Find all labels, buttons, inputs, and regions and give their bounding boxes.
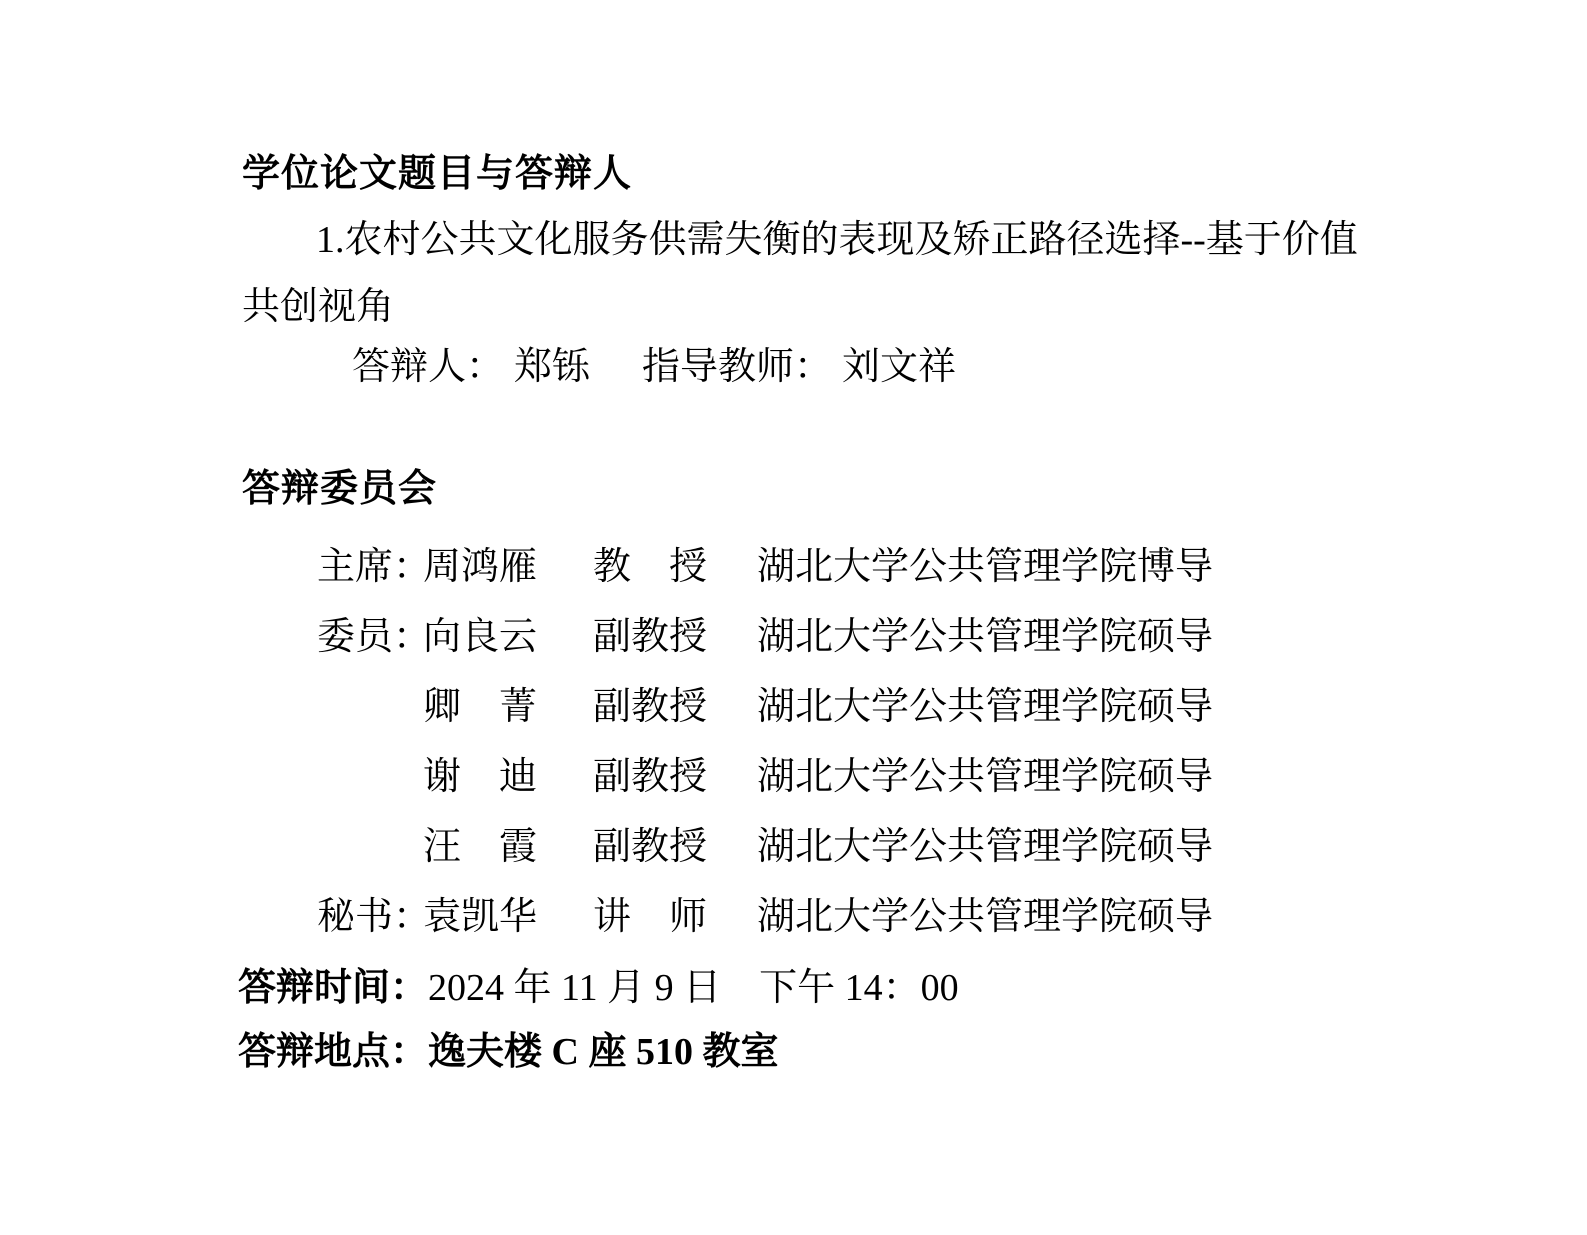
committee-name: 周鸿雁: [423, 543, 593, 591]
committee-row: 委员： 向良云 副教授 湖北大学公共管理学院硕导: [317, 613, 1213, 661]
committee-affiliation: 湖北大学公共管理学院硕导: [757, 753, 1213, 801]
defender-line: 答辩人：郑铄指导教师：刘文祥: [352, 343, 956, 391]
defense-time-line: 答辩时间：2024 年 11 月 9 日 下午 14：00: [238, 964, 959, 1012]
committee-role: 秘书：: [317, 893, 423, 941]
committee-name: 汪 霞: [423, 823, 593, 871]
thesis-title-line-2: 共创视角: [242, 283, 394, 331]
committee-title: 讲 师: [593, 893, 757, 941]
advisor-label: 指导教师：: [642, 346, 832, 388]
committee-affiliation: 湖北大学公共管理学院硕导: [757, 613, 1213, 661]
committee-row: 汪 霞 副教授 湖北大学公共管理学院硕导: [317, 823, 1213, 871]
committee-name: 向良云: [423, 613, 593, 661]
committee-row: 卿 菁 副教授 湖北大学公共管理学院硕导: [317, 683, 1213, 731]
thesis-title-line-1: 1.农村公共文化服务供需失衡的表现及矫正路径选择--基于价值: [316, 216, 1358, 264]
committee-affiliation: 湖北大学公共管理学院硕导: [757, 893, 1213, 941]
committee-title: 副教授: [593, 683, 757, 731]
defender-label: 答辩人：: [352, 346, 504, 388]
defender-name: 郑铄: [514, 346, 590, 388]
advisor-name: 刘文祥: [842, 346, 956, 388]
defense-location-label: 答辩地点：: [238, 1031, 428, 1073]
committee-name: 谢 迪: [423, 753, 593, 801]
committee-affiliation: 湖北大学公共管理学院硕导: [757, 683, 1213, 731]
committee-affiliation: 湖北大学公共管理学院博导: [757, 543, 1213, 591]
defense-location-line: 答辩地点：逸夫楼 C 座 510 教室: [238, 1028, 778, 1076]
committee-title: 教 授: [593, 543, 757, 591]
defense-location-value: 逸夫楼 C 座 510 教室: [428, 1031, 778, 1073]
committee-name: 卿 菁: [423, 683, 593, 731]
committee-affiliation: 湖北大学公共管理学院硕导: [757, 823, 1213, 871]
committee-title: 副教授: [593, 753, 757, 801]
committee-row: 主席： 周鸿雁 教 授 湖北大学公共管理学院博导: [317, 543, 1213, 591]
defense-time-label: 答辩时间：: [238, 967, 428, 1009]
committee-section-heading: 答辩委员会: [242, 465, 437, 513]
document-page: 学位论文题目与答辩人 1.农村公共文化服务供需失衡的表现及矫正路径选择--基于价…: [0, 0, 1587, 1235]
committee-row: 秘书： 袁凯华 讲 师 湖北大学公共管理学院硕导: [317, 893, 1213, 941]
committee-row: 谢 迪 副教授 湖北大学公共管理学院硕导: [317, 753, 1213, 801]
committee-role: 主席：: [317, 543, 423, 591]
defense-time-value: 2024 年 11 月 9 日 下午 14：00: [428, 967, 959, 1009]
thesis-section-heading: 学位论文题目与答辩人: [242, 150, 632, 198]
committee-title: 副教授: [593, 823, 757, 871]
committee-name: 袁凯华: [423, 893, 593, 941]
committee-title: 副教授: [593, 613, 757, 661]
committee-role: 委员：: [317, 613, 423, 661]
